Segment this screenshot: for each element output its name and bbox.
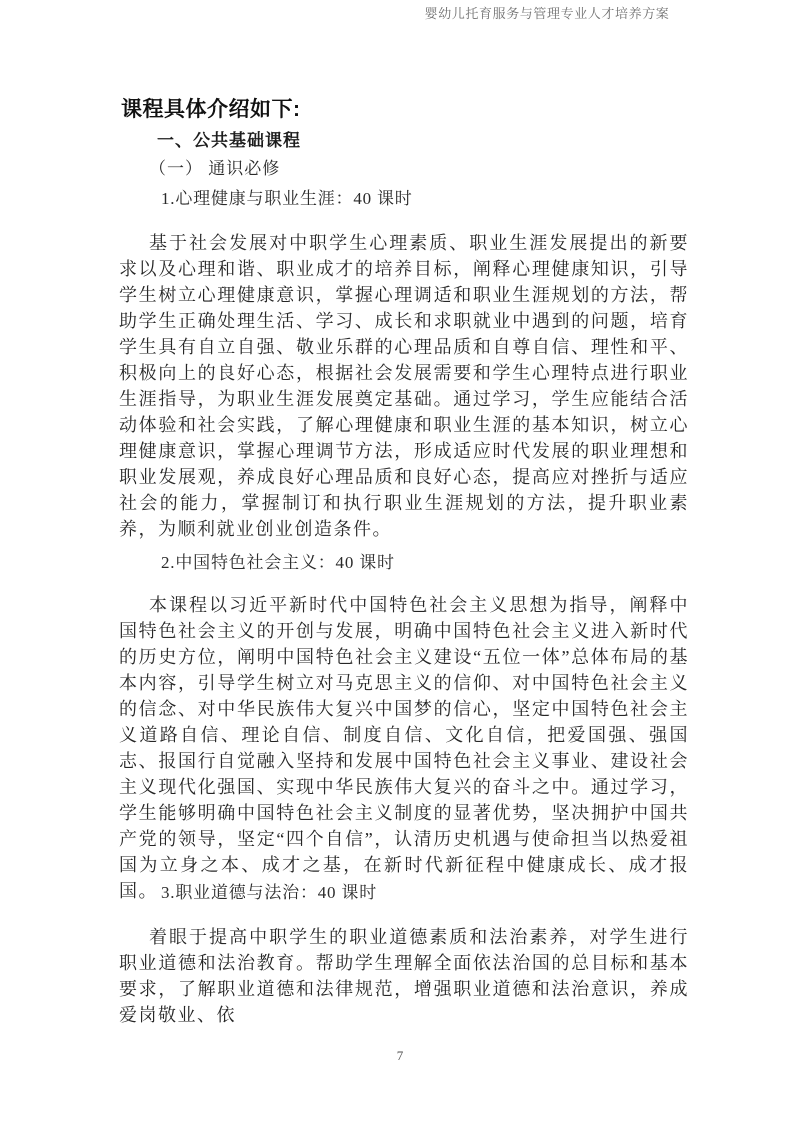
page-title: 课程具体介绍如下: (121, 98, 301, 122)
section-heading: 一、公共基础课程 (157, 131, 301, 151)
course-1-paragraph: 基于社会发展对中职学生心理素质、职业生涯发展提出的新要求以及心理和谐、职业成才的… (119, 230, 689, 542)
running-header: 婴幼儿托育服务与管理专业人才培养方案 (425, 3, 670, 22)
course-2-heading: 2.中国特色社会主义：40 课时 (161, 553, 395, 573)
document-page: 婴幼儿托育服务与管理专业人才培养方案 课程具体介绍如下: 一、公共基础课程 （一… (0, 0, 800, 1130)
course-3-heading: 3.职业道德与法治：40 课时 (161, 883, 377, 903)
page-number: 7 (0, 1048, 800, 1064)
subsection-heading: （一） 通识必修 (149, 159, 280, 179)
course-2-paragraph: 本课程以习近平新时代中国特色社会主义思想为指导，阐释中国特色社会主义的开创与发展… (119, 592, 689, 904)
course-3-paragraph: 着眼于提高中职学生的职业道德素质和法治素养，对学生进行职业道德和法治教育。帮助学… (119, 924, 689, 1028)
course-1-heading: 1.心理健康与职业生涯：40 课时 (161, 189, 413, 209)
